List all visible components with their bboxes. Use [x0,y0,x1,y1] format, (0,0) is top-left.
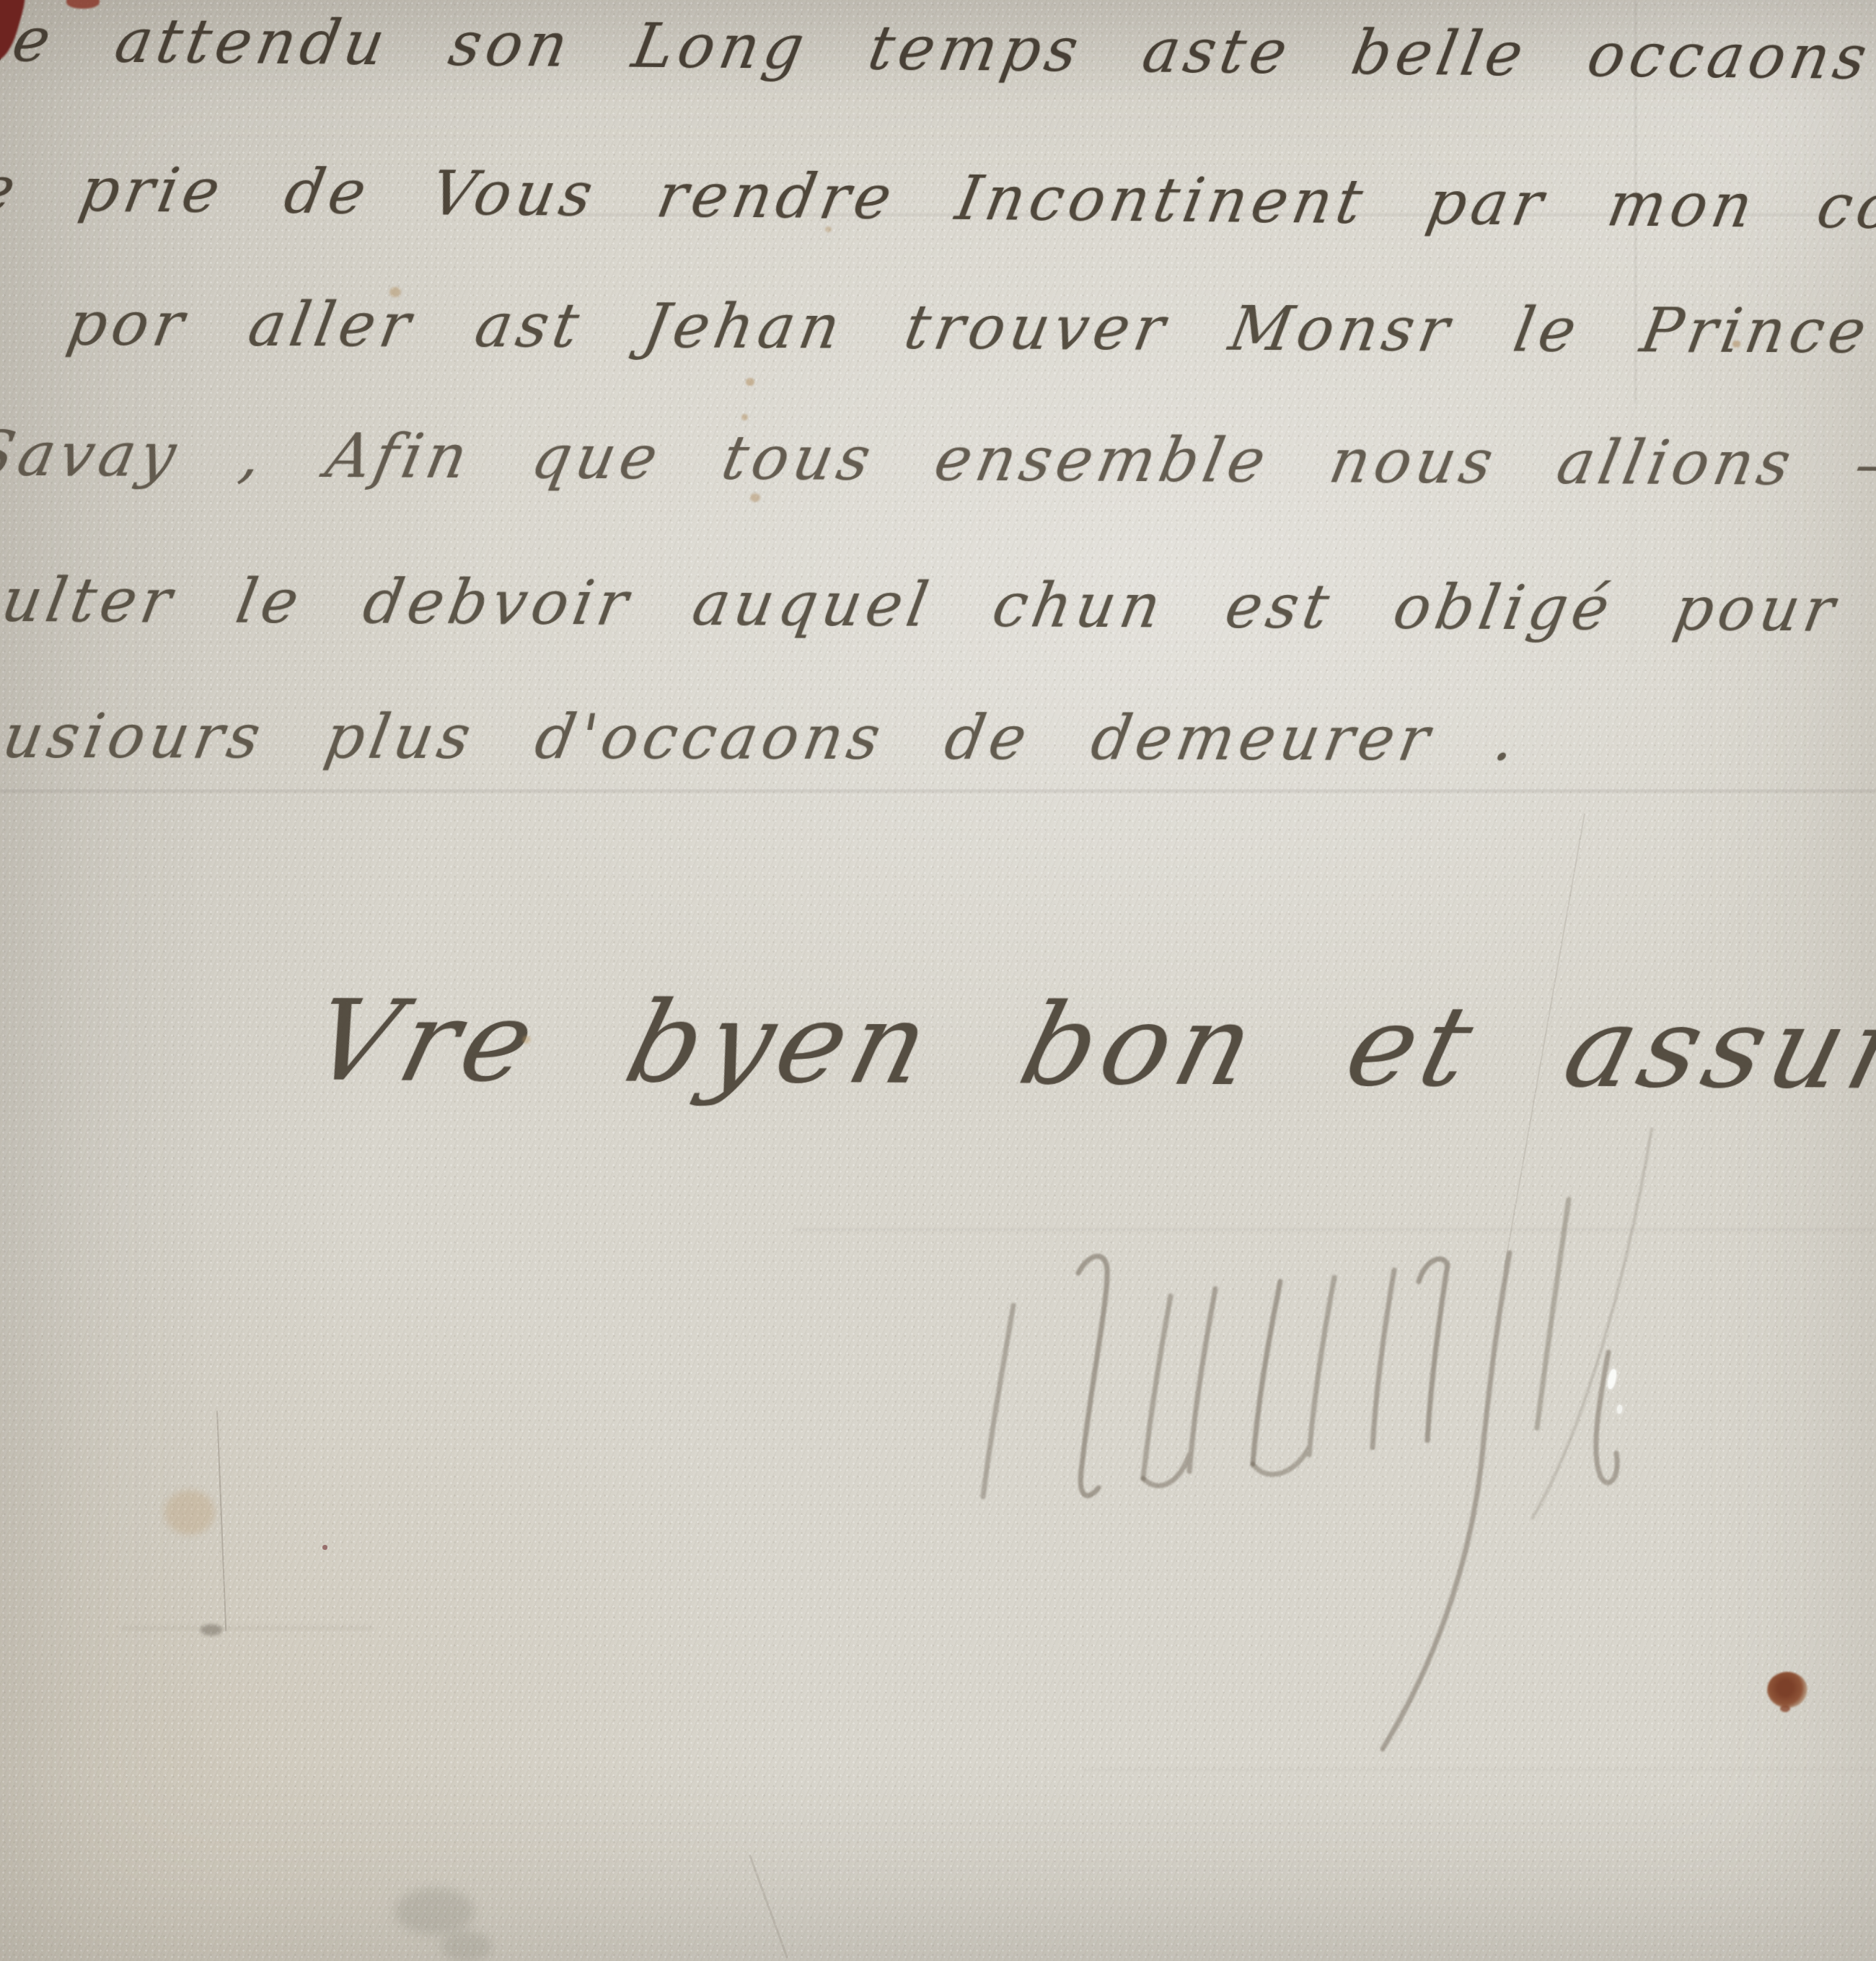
smudge-streak [121,1627,374,1629]
fold-crease [505,213,1876,216]
closing-salutation: Vre byen bon et assure amy [299,975,1876,1116]
scratch-mark [216,1411,226,1631]
vertical-crease [1634,0,1637,404]
manuscript-line-5: sulter le debvoir auquel chun est obligé… [0,565,1876,647]
rust-blot [1767,1672,1807,1708]
manuscript-line-1: ne attendu son Long temps aste belle occ… [0,4,1876,97]
fold-crease [1082,1768,1876,1771]
manuscript-photo: ne attendu son Long temps aste belle occ… [0,0,1876,1961]
foxing-speck [746,378,754,386]
foxing-speck [389,287,401,297]
gray-smudge [441,1931,492,1961]
fold-crease [793,1228,1876,1231]
manuscript-line-4: Savay , Afin que tous ensemble nous alli… [0,418,1876,499]
scratch-mark [749,1854,788,1958]
manuscript-line-2: e prie de Vous rendre Incontinent par mo… [0,154,1876,245]
fold-crease [0,789,1876,793]
dark-red-dot [322,1545,327,1550]
foxing-speck [825,226,832,232]
rust-blot-tail [1780,1705,1790,1712]
manuscript-line-3: por aller ast Jehan trouver Monsr le Pri… [62,288,1876,369]
gray-smudge [395,1888,475,1934]
foxing-speck [750,493,760,502]
foxing-speck [522,1036,531,1044]
smudge [201,1624,222,1636]
foxing-speck [1732,340,1740,348]
foxing-speck [741,414,748,420]
tan-stain [164,1490,215,1535]
signature-scrawl [905,1114,1771,1836]
vertical-crease [1631,404,1633,664]
manuscript-line-6: ousiours plus d'occaons de demeurer . [0,701,1526,775]
